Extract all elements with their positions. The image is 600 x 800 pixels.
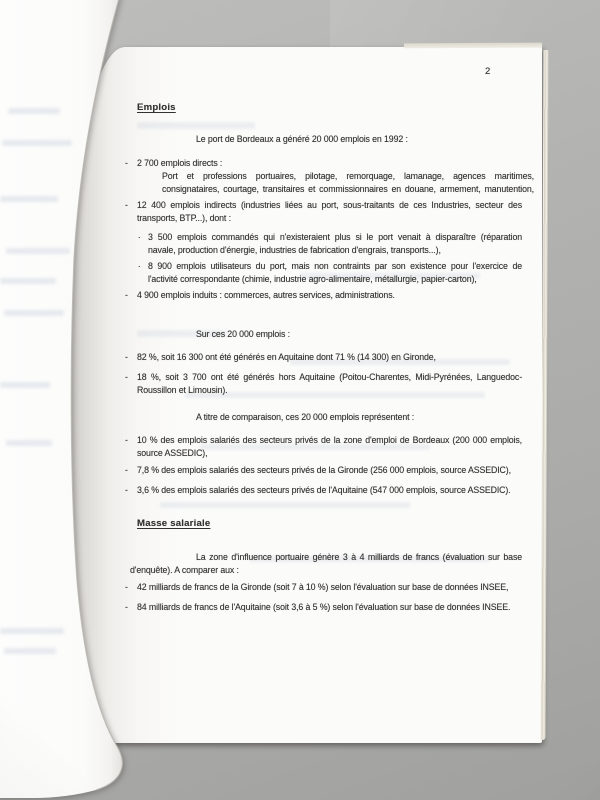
bullet-item-10: - 10 % des emplois salariés des secteurs… <box>125 434 522 460</box>
dot-bullet: . <box>138 258 140 271</box>
directs-sub-line1: Port et professions portuaires, pilotage… <box>162 170 534 183</box>
bullet-item-directs: - 2 700 emplois directs : Port et profes… <box>125 157 522 196</box>
directs-line1: 2 700 emplois directs : <box>137 157 522 170</box>
bullet-item-18: - 18 %, soit 3 700 ont été générés hors … <box>125 371 522 397</box>
dash-bullet: - <box>125 601 128 614</box>
induits-line1: 4 900 emplois induits : commerces, autre… <box>137 289 522 302</box>
photo-of-document: 2 Emplois Le port de Bordeaux a généré 2… <box>0 0 600 800</box>
p78-line1: 7,8 % des emplois salariés des secteurs … <box>137 464 522 477</box>
commandes-line2: navale, production d'énergie, industries… <box>148 244 522 257</box>
section-heading-masse-salariale: Masse salariale <box>137 517 210 530</box>
indirects-line1: 12 400 emplois indirects (industries lié… <box>137 199 522 212</box>
intro-sentence: Le port de Bordeaux a généré 20 000 empl… <box>196 133 408 146</box>
commandes-line1: 3 500 emplois commandés qui n'existeraie… <box>148 231 522 244</box>
p82-line1: 82 %, soit 16 300 ont été générés en Aqu… <box>137 351 522 364</box>
indirects-line2: transports, BTP...), dont : <box>137 212 522 225</box>
page-number: 2 <box>485 65 490 78</box>
utilisateurs-line1: 8 900 emplois utilisateurs du port, mais… <box>148 260 522 273</box>
p18-line2: Roussillon et Limousin). <box>137 384 522 397</box>
bullet-item-84-milliards: - 84 milliards de francs de l'Aquitaine … <box>125 601 522 614</box>
masse-intro-line2: d'enquête). A comparer aux : <box>130 564 522 577</box>
dash-bullet: - <box>125 199 128 212</box>
p18-line1: 18 %, soit 3 700 ont été générés hors Aq… <box>137 371 522 384</box>
m84-line1: 84 milliards de francs de l'Aquitaine (s… <box>137 601 522 614</box>
dot-bullet: . <box>138 229 140 242</box>
previous-page-bleed-text <box>0 108 72 654</box>
dash-bullet: - <box>125 371 128 384</box>
dash-bullet: - <box>125 157 128 170</box>
bleed-through-text <box>137 122 255 129</box>
masse-intro: La zone d'influence portuaire génère 3 à… <box>130 551 522 577</box>
p10-line2: source ASSEDIC), <box>137 447 522 460</box>
page-stack-edge-top <box>404 43 542 49</box>
sur-ces-line: Sur ces 20 000 emplois : <box>196 328 290 341</box>
p36-line1: 3,6 % des emplois salariés des secteurs … <box>137 484 522 497</box>
masse-intro-line1: La zone d'influence portuaire génère 3 à… <box>130 551 522 564</box>
directs-sub-line2: consignataires, courtage, transitaires e… <box>162 183 534 196</box>
p10-line1: 10 % des emplois salariés des secteurs p… <box>137 434 522 447</box>
bullet-item-induits: - 4 900 emplois induits : commerces, aut… <box>125 289 522 302</box>
bullet-item-36: - 3,6 % des emplois salariés des secteur… <box>125 484 522 497</box>
dash-bullet: - <box>125 351 128 364</box>
bullet-item-indirects: - 12 400 emplois indirects (industries l… <box>125 199 522 225</box>
comparaison-line: A titre de comparaison, ces 20 000 emplo… <box>196 411 414 424</box>
m42-line1: 42 milliards de francs de la Gironde (so… <box>137 581 522 594</box>
dash-bullet: - <box>125 464 128 477</box>
bullet-item-42-milliards: - 42 milliards de francs de la Gironde (… <box>125 581 522 594</box>
dash-bullet: - <box>125 434 128 447</box>
bullet-item-82: - 82 %, soit 16 300 ont été générés en A… <box>125 351 522 364</box>
dash-bullet: - <box>125 484 128 497</box>
dash-bullet: - <box>125 289 128 302</box>
utilisateurs-line2: l'activité correspondante (chimie, indus… <box>148 273 522 286</box>
section-heading-emplois: Emplois <box>137 101 176 114</box>
sub-bullet-utilisateurs: . 8 900 emplois utilisateurs du port, ma… <box>138 260 522 286</box>
bleed-through-text <box>160 502 410 508</box>
dash-bullet: - <box>125 581 128 594</box>
bullet-item-78: - 7,8 % des emplois salariés des secteur… <box>125 464 522 477</box>
sub-bullet-commandes: . 3 500 emplois commandés qui n'existera… <box>138 231 522 257</box>
